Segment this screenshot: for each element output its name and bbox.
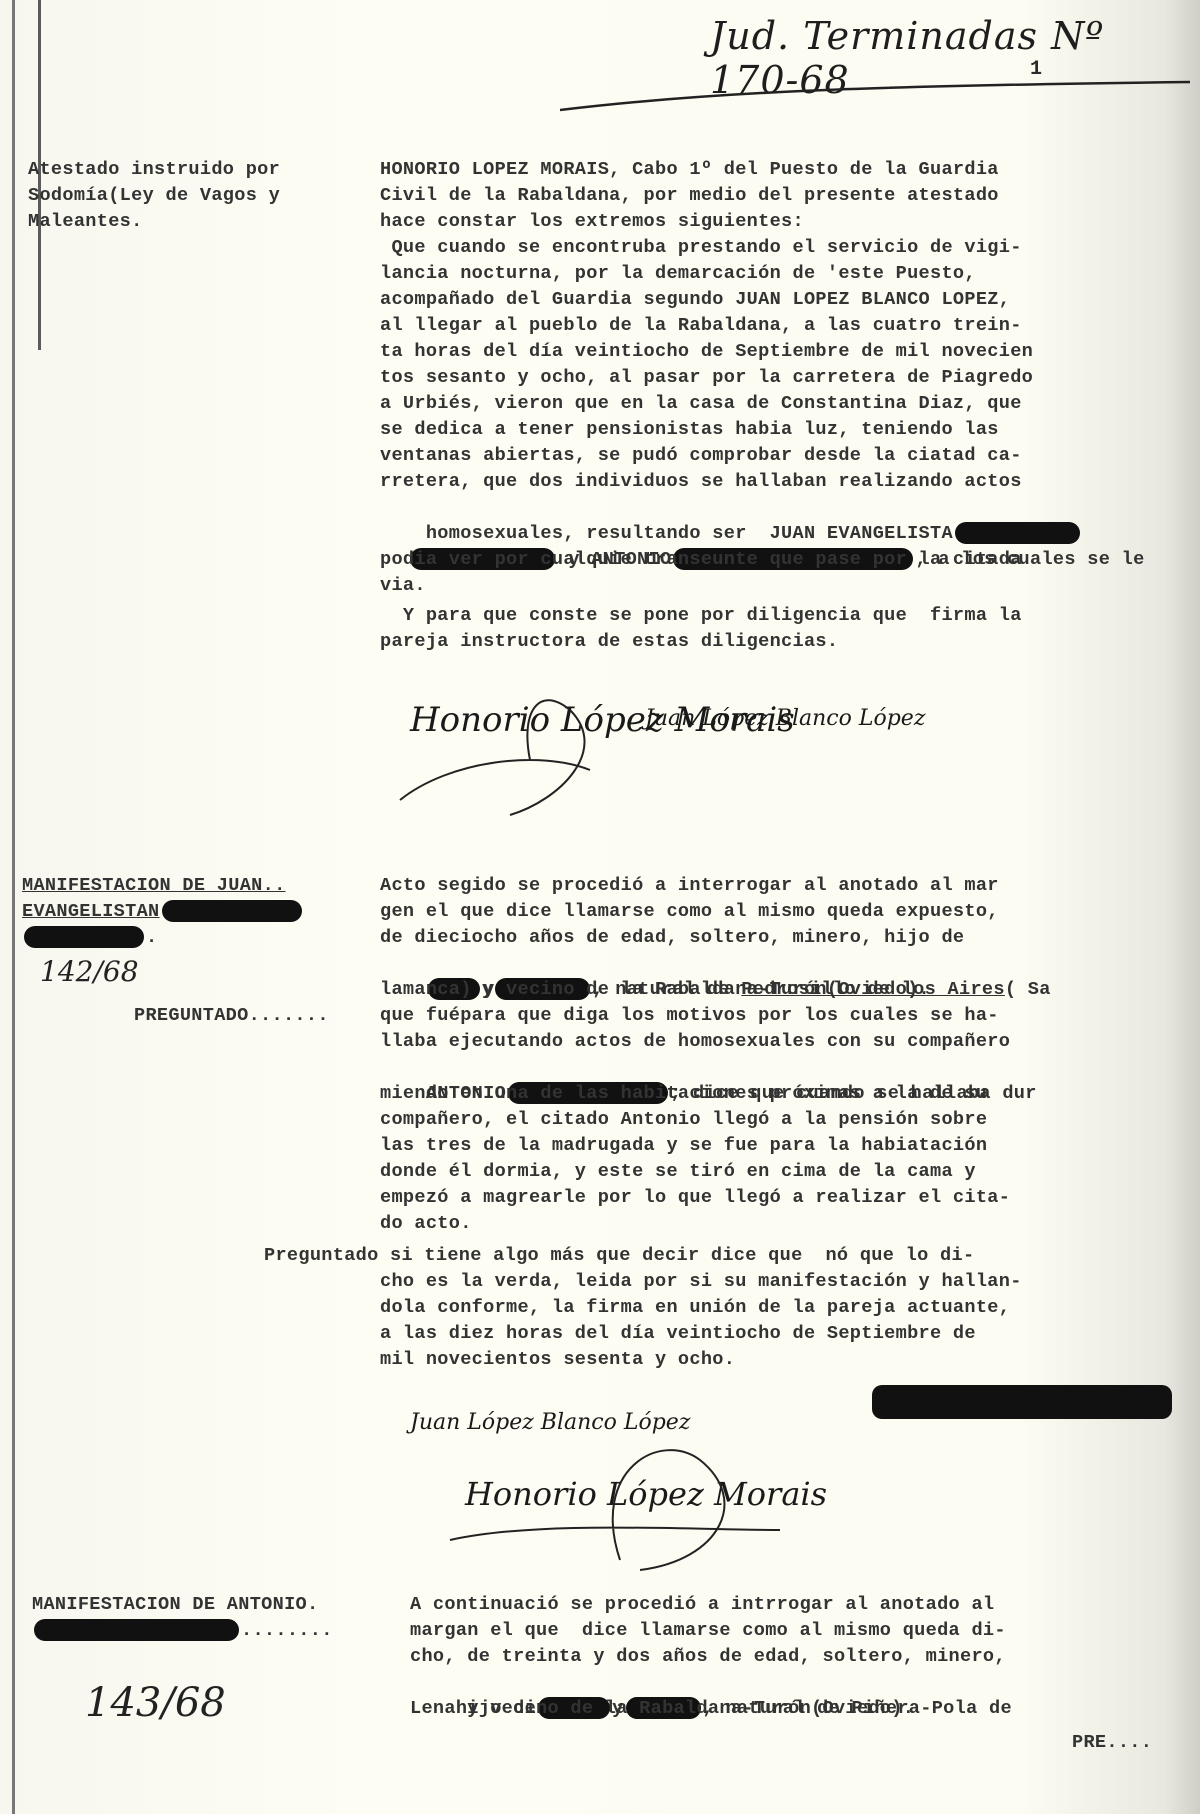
margin-label-text: MANIFESTACION DE JUAN.. [22, 875, 286, 896]
margin-label-line: ........ [32, 1618, 333, 1644]
margin-label-line: MANIFESTACION DE JUAN.. [22, 873, 286, 899]
closing-line: Preguntado si tiene algo más que decir d… [264, 1243, 974, 1269]
signature-flourish [440, 1440, 800, 1580]
body-line: HONORIO LOPEZ MORAIS, Cabo 1º del Puesto… [380, 157, 999, 183]
file-number-handwritten: 143/68 [85, 1680, 226, 1726]
signature-juan-lopez: Juan López Blanco López [410, 1410, 690, 1435]
body-line: via. [380, 573, 426, 599]
body-line: se dedica a tener pensionistas habia luz… [380, 417, 999, 443]
body-line: las tres de la madrugada y se fue para l… [380, 1133, 987, 1159]
binding-edge [12, 0, 15, 1814]
body-line: donde él dormia, y este se tiró en cima … [380, 1159, 976, 1185]
body-line: A continuació se procedió a intrrogar al… [410, 1592, 994, 1618]
margin-label-line: MANIFESTACION DE ANTONIO. [32, 1592, 318, 1618]
body-line: de dieciocho años de edad, soltero, mine… [380, 925, 964, 951]
body-line: rretera, que dos individuos se hallaban … [380, 469, 1022, 495]
body-line: tos sesanto y ocho, al pasar por la carr… [380, 365, 1033, 391]
signature-flourish [390, 690, 690, 820]
redaction-bar [34, 1619, 239, 1641]
body-line: miendo en una de las habitaciones próxim… [380, 1081, 987, 1107]
pregunta-label: PREGUNTADO....... [134, 1003, 329, 1029]
redaction-bar [24, 926, 144, 948]
body-line: ventanas abiertas, se pudó comprobar des… [380, 443, 1022, 469]
body-line: Civil de la Rabaldana, por medio del pre… [380, 183, 999, 209]
body-line: al llegar al pueblo de la Rabaldana, a l… [380, 313, 1022, 339]
body-line: llaba ejecutando actos de homosexuales c… [380, 1029, 1010, 1055]
document-page: Jud. Terminadas Nº 170-68 1 Atestado ins… [0, 0, 1200, 1814]
redacted-signature [872, 1385, 1172, 1419]
closing-line: a las diez horas del día veintiocho de S… [380, 1321, 976, 1347]
body-line: lancia nocturna, por la demarcación de '… [380, 261, 976, 287]
body-line: ta horas del día veintiocho de Septiembr… [380, 339, 1033, 365]
body-line: margan el que dice llamarse como al mism… [410, 1618, 1006, 1644]
body-line: do acto. [380, 1211, 472, 1237]
page-number: 1 [1030, 58, 1042, 81]
body-line: pareja instructora de estas diligencias. [380, 629, 838, 655]
body-line: Acto segido se procedió a interrogar al … [380, 873, 999, 899]
margin-label-line: Atestado instruido por [28, 157, 280, 183]
body-line: hace constar los extremos siguientes: [380, 209, 804, 235]
body-line: lamanca) y vecino de la Rabaldana-Turón(… [380, 977, 930, 1003]
body-line: gen el que dice llamarse como al mismo q… [380, 899, 999, 925]
body-line: empezó a magrearle por lo que llegó a re… [380, 1185, 1010, 1211]
continuation-marker: PRE.... [1072, 1730, 1152, 1756]
file-number-handwritten: 142/68 [40, 955, 139, 988]
body-line: a Urbiés, vieron que en la casa de Const… [380, 391, 1022, 417]
body-line: Y para que conste se pone por diligencia… [380, 603, 1022, 629]
margin-label-line: . [22, 925, 157, 951]
body-line: que fuépara que diga los motivos por los… [380, 1003, 999, 1029]
margin-label-line: Sodomía(Ley de Vagos y [28, 183, 280, 209]
closing-line: cho es la verda, leida por si su manifes… [380, 1269, 1022, 1295]
margin-label-line: Maleantes. [28, 209, 143, 235]
header-underline [560, 72, 1190, 112]
redaction-bar [162, 900, 302, 922]
body-line: Lena y vecino de la Rabaldana-Turón(Ovie… [410, 1696, 914, 1722]
closing-line: mil novecientos sesenta y ocho. [380, 1347, 735, 1373]
body-line: podia ver por cualquie transeunte que pa… [380, 547, 1022, 573]
margin-label-line: EVANGELISTAN [22, 899, 304, 925]
margin-label-text: . [146, 927, 157, 948]
closing-line: dola conforme, la firma en unión de la p… [380, 1295, 1010, 1321]
margin-label-text: EVANGELISTAN [22, 901, 160, 922]
body-line: acompañado del Guardia segundo JUAN LOPE… [380, 287, 1010, 313]
body-line: Que cuando se encontruba prestando el se… [380, 235, 1022, 261]
body-text: ( Sa [1005, 979, 1051, 1000]
body-line: compañero, el citado Antonio llegó a la … [380, 1107, 987, 1133]
margin-label-text: ........ [241, 1620, 333, 1641]
body-line: cho, de treinta y dos años de edad, solt… [410, 1644, 1006, 1670]
